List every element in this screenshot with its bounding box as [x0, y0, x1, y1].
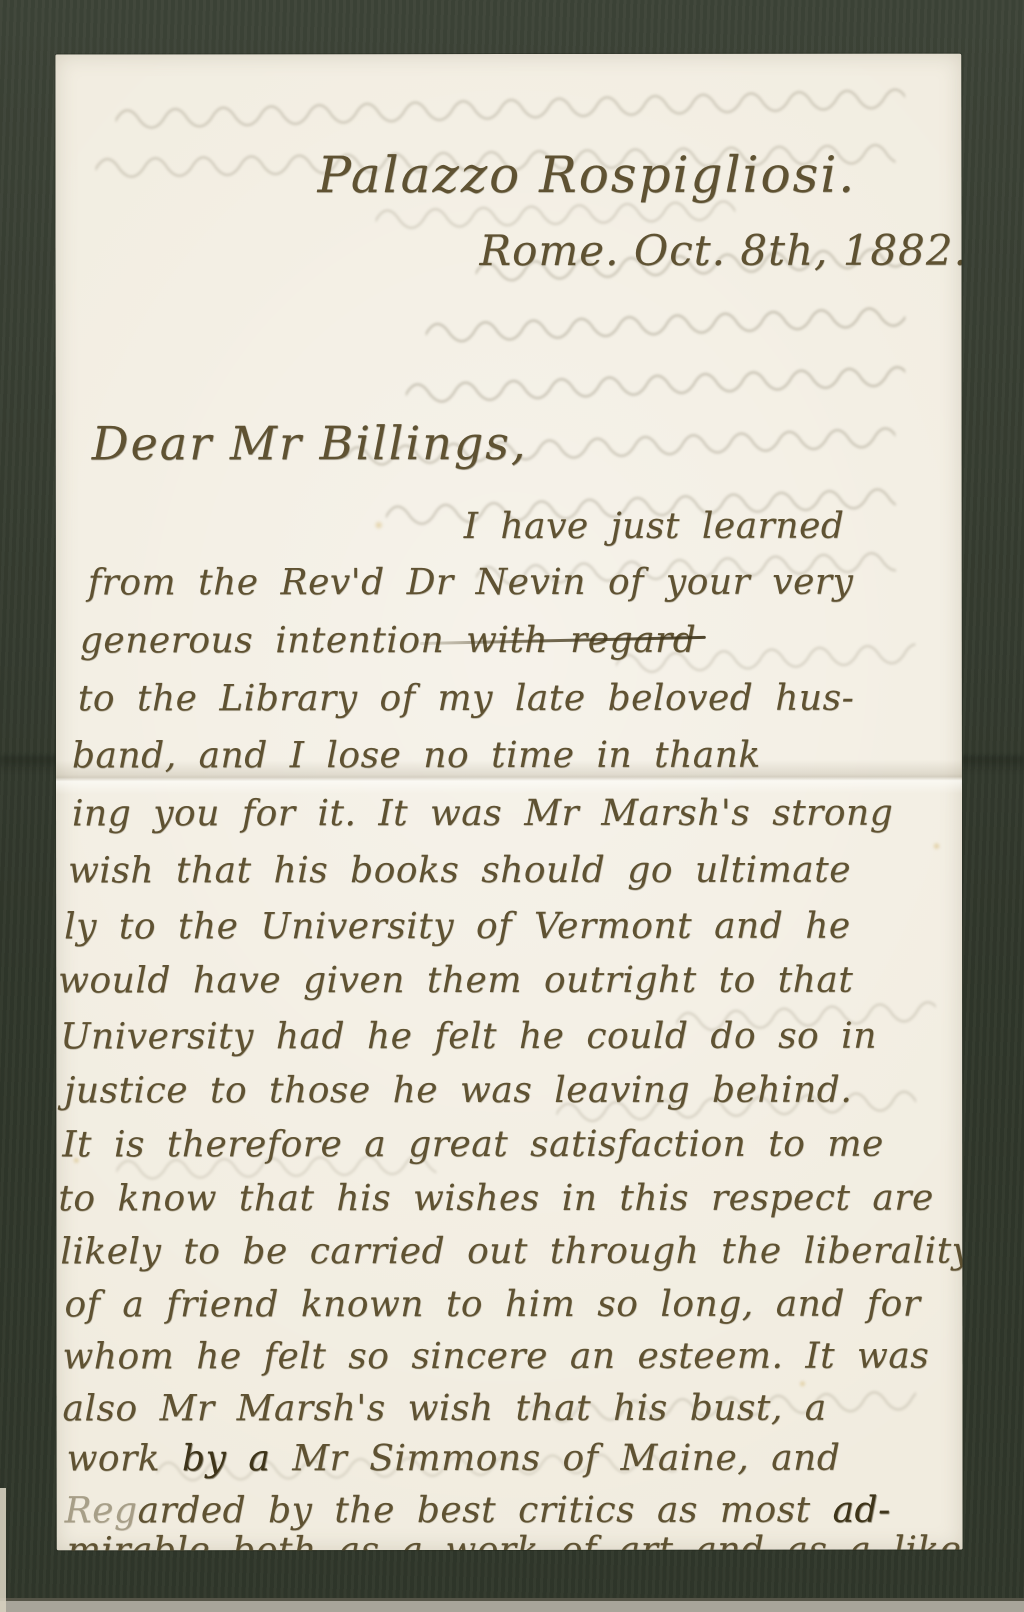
letter-text-segment: ing you for it. It was Mr Marsh's strong	[72, 793, 893, 835]
scanned-letter-page: Palazzo Rospigliosi. Rome. Oct. 8th, 188…	[0, 0, 1024, 1612]
letter-line: It is therefore a great satisfaction to …	[62, 1124, 884, 1166]
letter-date: Rome. Oct. 8th, 1882.	[479, 226, 962, 275]
scan-left-edge-sliver	[0, 1488, 6, 1612]
scan-bottom-edge	[0, 1598, 1024, 1612]
letter-text-segment: arded by the best critics as most	[138, 1490, 833, 1532]
letter-text-segment: by a	[182, 1438, 270, 1479]
letter-text-segment: to know that his wishes in this respect …	[58, 1178, 934, 1220]
letter-line: from the Rev'd Dr Nevin of your very	[88, 562, 854, 604]
letter-text-segment: justice to those he was leaving behind.	[64, 1070, 852, 1112]
letter-line: of a friend known to him so long, and fo…	[64, 1284, 920, 1326]
letter-text-segment: wish that his books should go ultimate	[68, 850, 851, 892]
letter-text-segment: whom he felt so sincere an esteem. It wa…	[62, 1336, 929, 1378]
letter-location: Palazzo Rospigliosi.	[317, 146, 856, 204]
letter-line: ing you for it. It was Mr Marsh's strong	[72, 793, 893, 835]
letter-text-segment: Mr Simmons of Maine, and	[270, 1438, 840, 1479]
letter-text-segment: would have given them outright to that	[58, 960, 853, 1002]
ghost-writing-line	[115, 85, 906, 136]
letter-line: also Mr Marsh's wish that his bust, a	[63, 1388, 827, 1430]
letter-line: wish that his books should go ultimate	[68, 850, 851, 892]
letter-line: band, and I lose no time in thank	[72, 735, 761, 777]
letter-line: likely to be carried out through the lib…	[60, 1231, 962, 1273]
letter-line: work by a Mr Simmons of Maine, and	[67, 1438, 841, 1480]
letter-line: generous intention with regard	[80, 620, 697, 662]
letter-line: would have given them outright to that	[58, 960, 853, 1002]
letter-text-segment: University had he felt he could do so in	[60, 1016, 877, 1058]
letter-text-segment: also Mr Marsh's wish that his bust, a	[63, 1388, 827, 1430]
foxing-spot	[374, 520, 384, 530]
letter-text-segment: likely to be carried out through the lib…	[60, 1231, 962, 1273]
letter-line: to know that his wishes in this respect …	[58, 1178, 934, 1220]
letter-text-segment: from the Rev'd Dr Nevin of your very	[88, 562, 854, 604]
letter-line: University had he felt he could do so in	[60, 1016, 877, 1058]
letter-paper: Palazzo Rospigliosi. Rome. Oct. 8th, 188…	[55, 54, 962, 1551]
letter-line: to the Library of my late beloved hus-	[78, 678, 854, 720]
letter-text-segment: band, and I lose no time in thank	[72, 735, 761, 777]
letter-line: whom he felt so sincere an esteem. It wa…	[62, 1336, 929, 1378]
ghost-writing-line	[425, 303, 906, 350]
letter-text-segment: Reg	[65, 1490, 138, 1531]
letter-text-segment: It is therefore a great satisfaction to …	[62, 1124, 884, 1166]
bleed-through-writing	[55, 54, 961, 55]
foxing-spot	[932, 842, 941, 851]
letter-text-segment: ly to the University of Vermont and he	[64, 906, 851, 948]
letter-text-segment: mirable	[67, 1530, 233, 1550]
letter-salutation: Dear Mr Billings,	[92, 416, 528, 470]
letter-text-segment: ad-	[833, 1490, 891, 1531]
letter-text-segment: regard	[570, 620, 696, 661]
letter-text-segment: as a work of art and as a like-	[317, 1530, 963, 1551]
ghost-writing-line	[405, 363, 906, 411]
letter-text-segment: I have just learned	[464, 506, 845, 547]
letter-line: mirable both as a work of art and as a l…	[67, 1530, 963, 1551]
letter-body: I have just learnedfrom the Rev'd Dr Nev…	[55, 54, 961, 55]
letter-text-segment: work	[67, 1438, 183, 1479]
letter-text-segment: of a friend known to him so long, and fo…	[64, 1284, 920, 1326]
letter-line: justice to those he was leaving behind.	[64, 1070, 852, 1112]
letter-text-segment: to the Library of my late beloved hus-	[78, 678, 854, 720]
letter-line: Regarded by the best critics as most ad-	[65, 1490, 891, 1532]
foxing-spot	[72, 1156, 80, 1164]
letter-line: I have just learned	[464, 506, 845, 547]
letter-text-segment: both	[232, 1530, 316, 1550]
letter-line: ly to the University of Vermont and he	[64, 906, 851, 948]
foxing-spot	[799, 1380, 807, 1388]
